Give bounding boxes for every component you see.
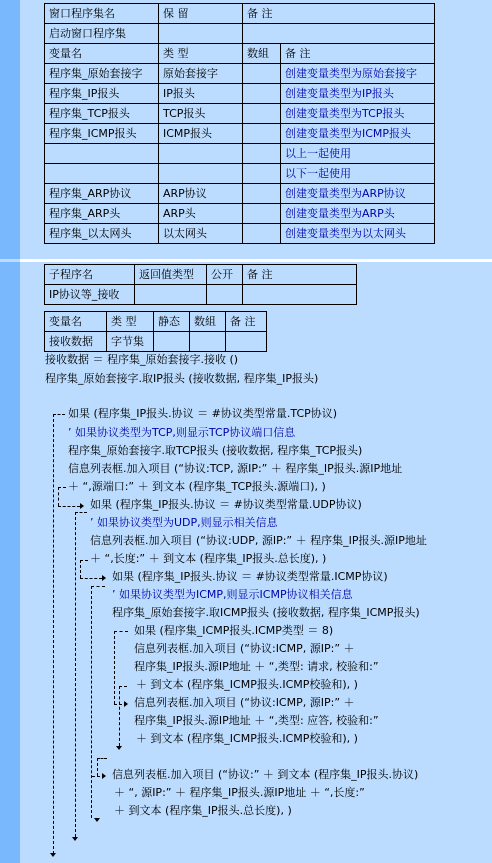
assembly-name-cell[interactable]: 启动窗口程序集 [45,24,159,44]
table-row[interactable]: IP协议等_接收 [45,285,357,305]
flow-line [92,776,100,777]
var-type-cell[interactable] [159,164,243,184]
flow-line [91,586,105,587]
flow-line [97,758,98,776]
var-array-cell[interactable] [243,184,281,204]
table-row[interactable]: 程序集_TCP报头 TCP报头 创建变量类型为TCP报头 [45,104,435,124]
var-array-cell[interactable] [243,64,281,84]
code-line[interactable]: 程序集_原始套接字.取ICMP报头 (接收数据, 程序集_ICMP报头) [112,605,420,621]
flow-line [119,686,120,746]
var-name-cell[interactable]: 接收数据 [45,332,107,352]
code-comment[interactable]: ’ 如果协议类型为TCP,则显示TCP协议端口信息 [68,425,295,441]
header-cell: 变量名 [45,312,107,332]
code-comment[interactable]: ’ 如果协议类型为ICMP,则显示ICMP协议相关信息 [112,587,353,603]
flow-line [58,506,80,507]
header-cell: 窗口程序集名 [45,4,159,24]
var-array-cell[interactable] [243,84,281,104]
code-line[interactable]: ＋ 到文本 (程序集_ICMP报头.ICMP校验和), ) [136,677,358,693]
code-line[interactable]: 程序集_原始套接字.取TCP报头 (接收数据, 程序集_TCP报头) [68,443,362,459]
code-line[interactable]: 信息列表框.加入项目 (“协议:ICMP, 源IP:” ＋ [134,641,355,657]
var-array-cell[interactable] [243,164,281,184]
var-name-cell[interactable]: 程序集_IP报头 [45,84,159,104]
code-line[interactable]: ＋ “,源端口:” ＋ 到文本 (程序集_TCP报头.源端口), ) [68,479,326,495]
flow-line [91,586,92,818]
code-line[interactable]: 程序集_IP报头.源IP地址 ＋ “,类型: 应答, 校验和:” [134,713,379,729]
var-note-cell[interactable]: 创建变量类型为IP报头 [281,84,435,104]
code-line[interactable]: 信息列表框.加入项目 (“协议:UDP, 源IP:” ＋ 程序集_IP报头.源I… [90,533,427,549]
flow-arrow-right-icon [124,701,128,707]
header-cell: 类 型 [159,44,243,64]
code-line-if-tcp[interactable]: 如果 (程序集_IP报头.协议 ＝ #协议类型常量.TCP协议) [68,406,337,422]
var-array-cell[interactable] [243,124,281,144]
var-type-cell[interactable]: IP报头 [159,84,243,104]
window-assembly-table: 窗口程序集名 保 留 备 注 启动窗口程序集 变量名 类 型 数組 备 注 程序… [44,3,435,244]
flow-arrow-down-icon [116,746,122,750]
header-cell: 备 注 [243,4,435,24]
var-name-cell[interactable]: 程序集_ARP头 [45,204,159,224]
var-type-cell[interactable]: ARP协议 [159,184,243,204]
flow-line [58,487,66,488]
static-cell[interactable] [154,332,190,352]
var-name-cell[interactable]: 程序集_ICMP报头 [45,124,159,144]
header-cell: 数組 [243,44,281,64]
var-note-cell[interactable]: 以下一起使用 [281,164,435,184]
flow-arrow-right-icon [102,575,106,581]
flow-line [114,704,122,705]
flow-arrow-right-icon [80,503,84,509]
note-cell[interactable] [243,24,435,44]
code-comment[interactable]: ’ 如果协议类型为UDP,则显示相关信息 [90,515,278,531]
var-array-cell[interactable] [243,144,281,164]
flow-arrow-right-icon [102,773,106,779]
code-line[interactable]: ＋ 到文本 (程序集_ICMP报头.ICMP校验和), ) [136,731,358,747]
table-row[interactable]: 程序集_IP报头 IP报头 创建变量类型为IP报头 [45,84,435,104]
code-line-if-udp[interactable]: 如果 (程序集_IP报头.协议 ＝ #协议类型常量.UDP协议) [90,497,362,513]
table-header-row: 子程序名 返回值类型 公开 备 注 [45,265,357,285]
var-array-cell[interactable] [243,104,281,124]
header-cell: 备 注 [226,312,267,332]
code-line[interactable]: 程序集_原始套接字.取IP报头 (接收数据, 程序集_IP报头) [45,371,318,387]
code-line[interactable]: 信息列表框.加入项目 (“协议:” ＋ 到文本 (程序集_IP报头.协议) [112,767,418,783]
header-cell: 数組 [190,312,226,332]
table-row[interactable]: 启动窗口程序集 [45,24,435,44]
array-cell[interactable] [190,332,226,352]
var-note-cell[interactable]: 创建变量类型为ARP头 [281,204,435,224]
flow-arrow-down-icon [94,818,100,822]
var-note-cell[interactable]: 创建变量类型为原始套接字 [281,64,435,84]
table-row[interactable]: 以下一起使用 [45,164,435,184]
flow-line [119,686,127,687]
table-row[interactable]: 程序集_ICMP报头 ICMP报头 创建变量类型为ICMP报头 [45,124,435,144]
var-name-cell[interactable]: 程序集_TCP报头 [45,104,159,124]
reserved-cell[interactable] [159,24,243,44]
table-header-row: 窗口程序集名 保 留 备 注 [45,4,435,24]
subroutine-table: 子程序名 返回值类型 公开 备 注 IP协议等_接收 [44,264,357,305]
note-cell[interactable] [226,332,267,352]
code-line[interactable]: 信息列表框.加入项目 (“协议:TCP, 源IP:” ＋ 程序集_IP报头.源I… [68,461,402,477]
table-row[interactable]: 程序集_以太网头 以太网头 创建变量类型为以太网头 [45,224,435,244]
sub-name-cell[interactable]: IP协议等_接收 [45,285,135,305]
header-cell: 变量名 [45,44,159,64]
code-line[interactable]: ＋ “, 源IP:” ＋ 程序集_IP报头.源IP地址 ＋ “,长度:” [114,785,365,801]
flow-line [53,414,65,415]
flow-arrow-down-icon [72,837,78,841]
public-cell[interactable] [207,285,243,305]
header-cell: 公开 [207,265,243,285]
var-note-cell[interactable]: 创建变量类型为TCP报头 [281,104,435,124]
var-name-cell[interactable]: 程序集_以太网头 [45,224,159,244]
flow-line [75,512,87,513]
header-cell: 子程序名 [45,265,135,285]
var-name-cell[interactable]: 程序集_原始套接字 [45,64,159,84]
flow-line [58,487,59,506]
var-note-cell[interactable]: 以上一起使用 [281,144,435,164]
var-array-cell[interactable] [243,224,281,244]
var-type-cell[interactable]: 以太网头 [159,224,243,244]
var-type-cell[interactable]: ICMP报头 [159,124,243,144]
code-line-if-icmp-type[interactable]: 如果 (程序集_ICMP报头.ICMP类型 ＝ 8) [134,623,333,639]
header-cell: 备 注 [243,265,357,285]
var-name-cell[interactable]: 程序集_ARP协议 [45,184,159,204]
var-note-cell[interactable]: 创建变量类型为ARP协议 [281,184,435,204]
var-note-cell[interactable]: 创建变量类型为以太网头 [281,224,435,244]
var-type-cell[interactable]: ARP头 [159,204,243,224]
code-line-if-icmp[interactable]: 如果 (程序集_IP报头.协议 ＝ #协议类型常量.ICMP协议) [112,569,388,585]
divider-strip-gap [0,259,20,262]
table-row[interactable]: 程序集_原始套接字 原始套接字 创建变量类型为原始套接字 [45,64,435,84]
var-type-cell[interactable] [159,144,243,164]
code-line[interactable]: 接收数据 ＝ 程序集_原始套接字.接收 () [45,352,238,368]
flow-line [75,512,76,837]
header-cell: 备 注 [281,44,435,64]
var-name-cell[interactable] [45,144,159,164]
table-row[interactable]: 以上一起使用 [45,144,435,164]
header-cell: 保 留 [159,4,243,24]
flow-line [80,560,81,578]
table-row[interactable]: 程序集_ARP协议 ARP协议 创建变量类型为ARP协议 [45,184,435,204]
flow-line [80,560,88,561]
flow-line [80,578,102,579]
var-type-cell[interactable]: 原始套接字 [159,64,243,84]
table-header-row: 变量名 类 型 数組 备 注 [45,44,435,64]
var-array-cell[interactable] [243,204,281,224]
return-type-cell[interactable] [135,285,207,305]
table-row[interactable]: 接收数据 字节集 [45,332,267,352]
header-cell: 返回值类型 [135,265,207,285]
var-type-cell[interactable]: 字节集 [107,332,154,352]
code-line[interactable]: ＋ “,长度:” ＋ 到文本 (程序集_IP报头.总长度), ) [90,551,326,567]
section-divider [0,259,492,262]
note-cell[interactable] [243,285,357,305]
header-cell: 静态 [154,312,190,332]
header-cell: 类 型 [107,312,154,332]
var-name-cell[interactable] [45,164,159,184]
var-type-cell[interactable]: TCP报头 [159,104,243,124]
var-note-cell[interactable]: 创建变量类型为ICMP报头 [281,124,435,144]
table-header-row: 变量名 类 型 静态 数組 备 注 [45,312,267,332]
flow-arrow-down-icon [50,853,56,857]
flow-line [53,414,54,854]
left-margin-strip [0,0,20,863]
flow-line [114,631,128,632]
flow-line [114,631,115,704]
flow-line [97,758,107,759]
local-variable-table: 变量名 类 型 静态 数組 备 注 接收数据 字节集 [44,311,267,352]
code-line[interactable]: ＋ 到文本 (程序集_IP报头.总长度), ) [114,803,292,819]
code-line[interactable]: 信息列表框.加入项目 (“协议:ICMP, 源IP:” ＋ [134,695,355,711]
code-line[interactable]: 程序集_IP报头.源IP地址 ＋ “,类型: 请求, 校验和:” [134,659,379,675]
table-row[interactable]: 程序集_ARP头 ARP头 创建变量类型为ARP头 [45,204,435,224]
